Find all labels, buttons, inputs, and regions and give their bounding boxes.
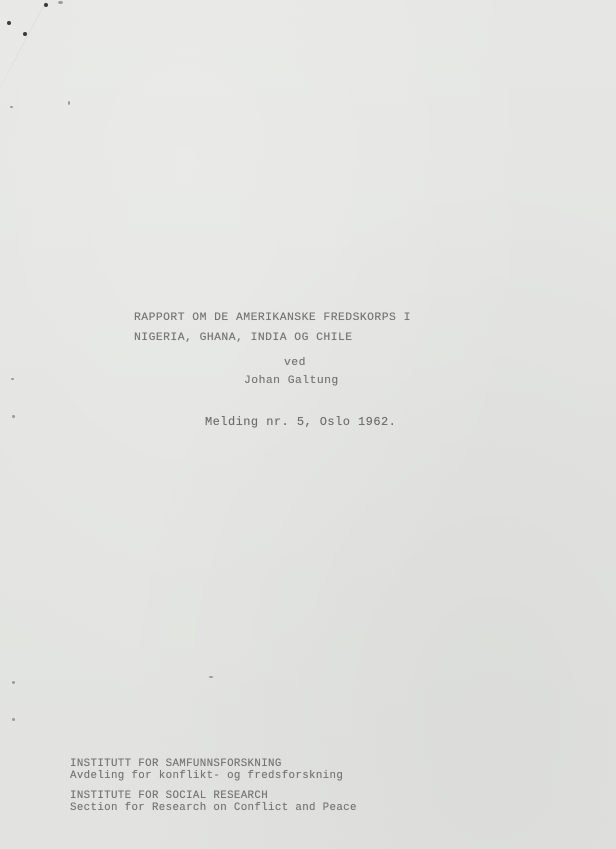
- scan-speck: [10, 106, 13, 108]
- scan-speck: [12, 718, 15, 721]
- institution-section-english: Section for Research on Conflict and Pea…: [70, 803, 357, 814]
- report-number: Melding nr. 5, Oslo 1962.: [205, 416, 396, 428]
- scan-speck: [12, 681, 15, 684]
- scan-speck: [11, 378, 14, 380]
- scan-speck: [209, 676, 213, 678]
- scan-speck: [68, 101, 70, 105]
- document-page: RAPPORT OM DE AMERIKANSKE FREDSKORPS I N…: [0, 0, 616, 849]
- by-label: ved: [284, 358, 306, 369]
- scan-speck: [7, 21, 11, 25]
- report-title-line-1: RAPPORT OM DE AMERIKANSKE FREDSKORPS I: [134, 313, 411, 324]
- institution-section-norwegian: Avdeling for konflikt- og fredsforskning: [70, 771, 343, 782]
- institution-name-norwegian: INSTITUTT FOR SAMFUNNSFORSKNING: [70, 759, 282, 770]
- scan-speck: [58, 1, 63, 4]
- author-name: Johan Galtung: [244, 376, 339, 387]
- scan-speck: [12, 415, 15, 418]
- institution-name-english: INSTITUTE FOR SOCIAL RESEARCH: [70, 791, 268, 802]
- report-title-line-2: NIGERIA, GHANA, INDIA OG CHILE: [134, 333, 353, 344]
